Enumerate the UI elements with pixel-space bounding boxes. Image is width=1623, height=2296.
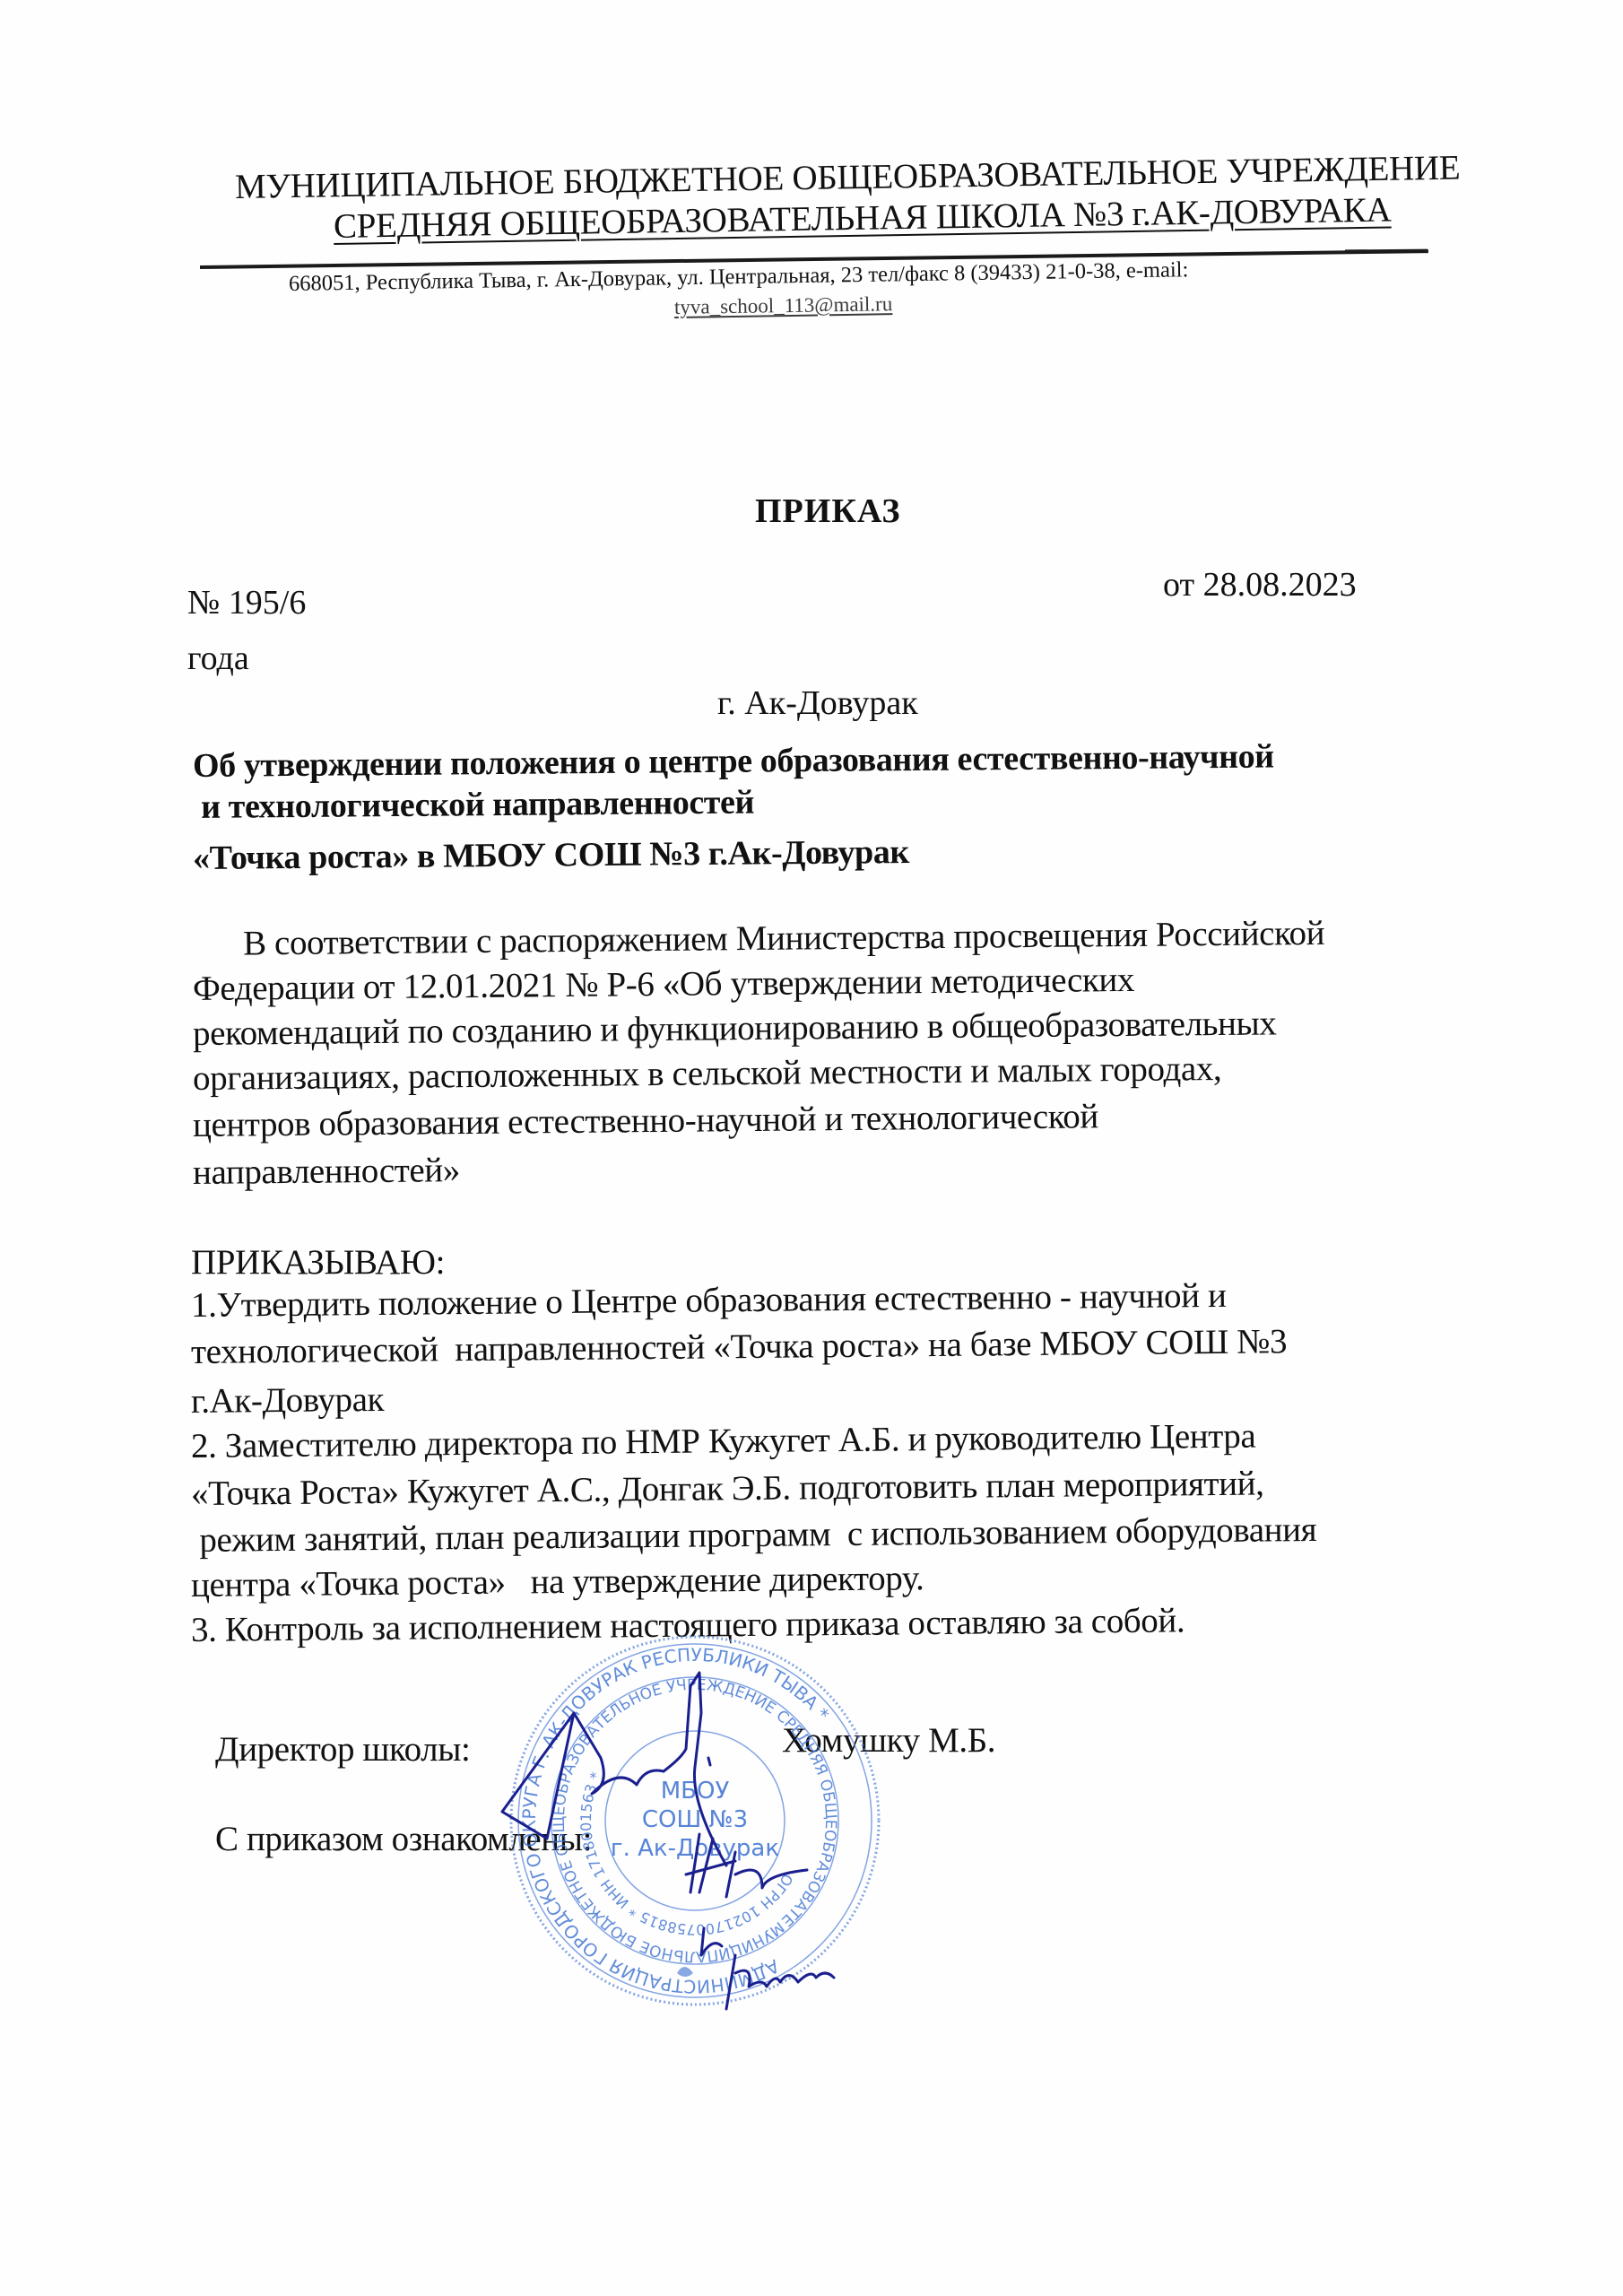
- decree-item-1-line: технологической направленностей «Точка р…: [191, 1321, 1288, 1372]
- decree-item-2-line: «Точка Роста» Кужугет А.С., Донгак Э.Б. …: [191, 1464, 1264, 1514]
- order-city: г. Ак-Довурак: [717, 683, 918, 723]
- subject-line: «Точка роста» в МБОУ СОШ №3 г.Ак-Довурак: [193, 832, 909, 878]
- decree-item-2-line: режим занятий, план реализации программ …: [191, 1509, 1317, 1561]
- order-date: от 28.08.2023: [1163, 565, 1357, 604]
- subject-line: и технологической направленностей: [193, 783, 754, 827]
- decree-heading: ПРИКАЗЫВАЮ:: [191, 1242, 445, 1283]
- letterhead-email-link[interactable]: tyva_school_113@mail.ru: [674, 292, 893, 319]
- preamble-line: Федерации от 12.01.2021 № Р-6 «Об утверж…: [193, 960, 1134, 1009]
- decree-item-1-line: 1.Утвердить положение о Центре образован…: [191, 1275, 1227, 1326]
- preamble-line: организациях, расположенных в сельской м…: [193, 1048, 1222, 1099]
- preamble-line: В соответствии с распоряжением Министерс…: [193, 913, 1325, 964]
- handwritten-signatures-icon: [466, 1659, 968, 2036]
- order-number: № 195/6: [187, 583, 306, 622]
- decree-item-2-line: центра «Точка роста» на утверждение дире…: [191, 1558, 924, 1605]
- director-label: Директор школы:: [215, 1729, 470, 1770]
- preamble-line: центров образования естественно-научной …: [193, 1096, 1098, 1145]
- decree-item-1-line: г.Ак-Довурак: [191, 1379, 385, 1422]
- subject-line: Об утверждении положения о центре образо…: [193, 736, 1274, 786]
- document-page: МУНИЦИПАЛЬНОЕ БЮДЖЕТНОЕ ОБЩЕОБРАЗОВАТЕЛЬ…: [0, 0, 1623, 2296]
- decree-item-2-line: 2. Заместителю директора по НМР Кужугет …: [191, 1416, 1256, 1466]
- preamble-line: рекомендаций по созданию и функционирова…: [193, 1003, 1277, 1054]
- document-title: ПРИКАЗ: [755, 491, 900, 531]
- preamble-line: направленностей»: [193, 1150, 460, 1193]
- order-year-word: года: [187, 639, 249, 678]
